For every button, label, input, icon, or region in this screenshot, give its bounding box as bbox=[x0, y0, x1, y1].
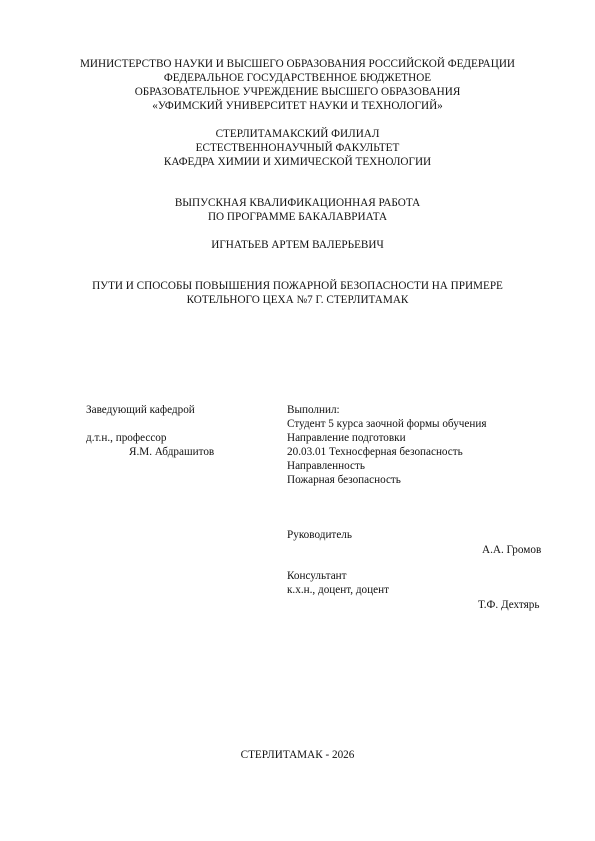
performed-by-label: Выполнил: bbox=[287, 403, 340, 417]
work-type: ВЫПУСКНАЯ КВАЛИФИКАЦИОННАЯ РАБОТА bbox=[0, 196, 595, 210]
ministry-line: МИНИСТЕРСТВО НАУКИ И ВЫСШЕГО ОБРАЗОВАНИЯ… bbox=[0, 57, 595, 71]
ministry-line: ОБРАЗОВАТЕЛЬНОЕ УЧРЕЖДЕНИЕ ВЫСШЕГО ОБРАЗ… bbox=[0, 85, 595, 99]
head-degree: д.т.н., профессор bbox=[86, 431, 167, 445]
work-program: ПО ПРОГРАММЕ БАКАЛАВРИАТА bbox=[0, 210, 595, 224]
direction-value: 20.03.01 Техносферная безопасность bbox=[287, 445, 463, 459]
faculty-line: ЕСТЕСТВЕННОНАУЧНЫЙ ФАКУЛЬТЕТ bbox=[0, 141, 595, 155]
student-info: Студент 5 курса заочной формы обучения bbox=[287, 417, 487, 431]
direction-label: Направление подготовки bbox=[287, 431, 406, 445]
university-name: «УФИМСКИЙ УНИВЕРСИТЕТ НАУКИ И ТЕХНОЛОГИЙ… bbox=[0, 99, 595, 113]
focus-value: Пожарная безопасность bbox=[287, 473, 401, 487]
supervisor-name: А.А. Громов bbox=[482, 543, 541, 557]
consultant-label: Консультант bbox=[287, 569, 347, 583]
thesis-title: ПУТИ И СПОСОБЫ ПОВЫШЕНИЯ ПОЖАРНОЙ БЕЗОПА… bbox=[0, 279, 595, 293]
consultant-degree: к.х.н., доцент, доцент bbox=[287, 583, 389, 597]
branch-line: СТЕРЛИТАМАКСКИЙ ФИЛИАЛ bbox=[0, 127, 595, 141]
head-of-department-label: Заведующий кафедрой bbox=[86, 403, 195, 417]
supervisor-label: Руководитель bbox=[287, 528, 352, 542]
ministry-line: ФЕДЕРАЛЬНОЕ ГОСУДАРСТВЕННОЕ БЮДЖЕТНОЕ bbox=[0, 71, 595, 85]
consultant-name: Т.Ф. Дехтярь bbox=[478, 598, 539, 612]
department-line: КАФЕДРА ХИМИИ И ХИМИЧЕСКОЙ ТЕХНОЛОГИИ bbox=[0, 155, 595, 169]
city-year: СТЕРЛИТАМАК - 2026 bbox=[0, 748, 595, 762]
focus-label: Направленность bbox=[287, 459, 365, 473]
author-name: ИГНАТЬЕВ АРТЕМ ВАЛЕРЬЕВИЧ bbox=[0, 238, 595, 252]
head-name: Я.М. Абдрашитов bbox=[129, 445, 214, 459]
thesis-title: КОТЕЛЬНОГО ЦЕХА №7 Г. СТЕРЛИТАМАК bbox=[0, 293, 595, 307]
